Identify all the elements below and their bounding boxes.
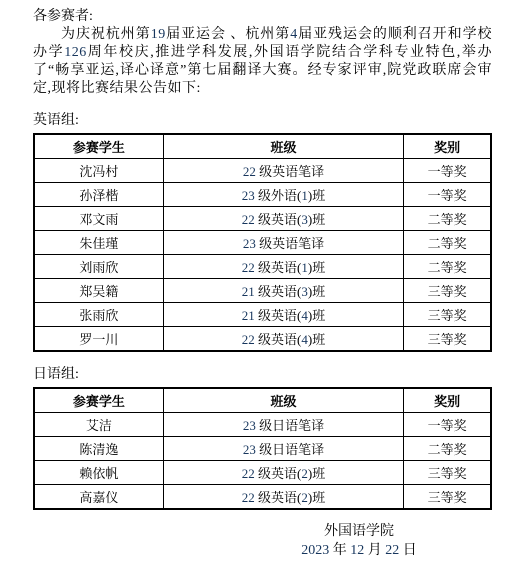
class-cell: 23 级日语笔译 bbox=[163, 413, 403, 437]
intro-text-4: 周年校庆,推进学科发展,外国语学院结合学科专业特色,举办了“畅享亚运,译心译意”… bbox=[33, 45, 492, 96]
award-cell: 一等奖 bbox=[404, 159, 491, 183]
class-cell: 22 级英语(2)班 bbox=[163, 461, 403, 485]
table-row: 罗一川 22 级英语(4)班 三等奖 bbox=[34, 327, 491, 352]
table-row: 张雨欣 21 级英语(4)班 三等奖 bbox=[34, 303, 491, 327]
date-line: 2023 年 12 月 22 日 bbox=[259, 541, 459, 560]
table-row: 朱佳瑾 23 级英语笔译 二等奖 bbox=[34, 231, 491, 255]
table-row: 陈清逸 23 级日语笔译 二等奖 bbox=[34, 437, 491, 461]
student-cell: 刘雨欣 bbox=[34, 255, 163, 279]
class-cell: 22 级英语(1)班 bbox=[163, 255, 403, 279]
student-cell: 孙泽楷 bbox=[34, 183, 163, 207]
award-cell: 二等奖 bbox=[404, 255, 491, 279]
table-row: 孙泽楷 23 级外语(1)班 一等奖 bbox=[34, 183, 491, 207]
table-header-row: 参赛学生 班级 奖别 bbox=[34, 134, 491, 159]
class-cell: 22 级英语(4)班 bbox=[163, 327, 403, 352]
student-cell: 高嘉仪 bbox=[34, 485, 163, 510]
announcement-document: 各参赛者: 为庆祝杭州第19届亚运会 、杭州第4届亚残运会的顺利召开和学校办学1… bbox=[0, 0, 525, 560]
student-cell: 张雨欣 bbox=[34, 303, 163, 327]
award-cell: 二等奖 bbox=[404, 207, 491, 231]
student-cell: 赖依帆 bbox=[34, 461, 163, 485]
intro-paragraph: 为庆祝杭州第19届亚运会 、杭州第4届亚残运会的顺利召开和学校办学126周年校庆… bbox=[33, 26, 492, 98]
signature-block: 外国语学院 2023 年 12 月 22 日 bbox=[259, 522, 459, 560]
table-header-row: 参赛学生 班级 奖别 bbox=[34, 388, 491, 413]
col-header-student: 参赛学生 bbox=[34, 134, 163, 159]
col-header-class: 班级 bbox=[163, 134, 403, 159]
award-cell: 三等奖 bbox=[404, 303, 491, 327]
class-cell: 23 级外语(1)班 bbox=[163, 183, 403, 207]
english-group-label: 英语组: bbox=[33, 113, 492, 129]
japanese-group-label: 日语组: bbox=[33, 367, 492, 383]
table-row: 郑吴籍 21 级英语(3)班 三等奖 bbox=[34, 279, 491, 303]
class-cell: 22 级英语(3)班 bbox=[163, 207, 403, 231]
student-cell: 陈清逸 bbox=[34, 437, 163, 461]
org-name: 外国语学院 bbox=[259, 522, 459, 541]
award-cell: 三等奖 bbox=[404, 485, 491, 510]
award-cell: 三等奖 bbox=[404, 327, 491, 352]
table-row: 赖依帆 22 级英语(2)班 三等奖 bbox=[34, 461, 491, 485]
class-cell: 22 级英语笔译 bbox=[163, 159, 403, 183]
english-group-table: 参赛学生 班级 奖别 沈冯村 22 级英语笔译 一等奖 孙泽楷 23 级外语(1… bbox=[33, 133, 492, 352]
class-cell: 21 级英语(3)班 bbox=[163, 279, 403, 303]
number-anniversary: 126 bbox=[64, 45, 87, 60]
student-cell: 沈冯村 bbox=[34, 159, 163, 183]
table-row: 刘雨欣 22 级英语(1)班 二等奖 bbox=[34, 255, 491, 279]
student-cell: 郑吴籍 bbox=[34, 279, 163, 303]
col-header-award: 奖别 bbox=[404, 388, 491, 413]
number-asiad-edition: 19 bbox=[151, 27, 166, 42]
col-header-award: 奖别 bbox=[404, 134, 491, 159]
student-cell: 朱佳瑾 bbox=[34, 231, 163, 255]
class-cell: 23 级日语笔译 bbox=[163, 437, 403, 461]
table-row: 沈冯村 22 级英语笔译 一等奖 bbox=[34, 159, 491, 183]
student-cell: 罗一川 bbox=[34, 327, 163, 352]
student-cell: 邓文雨 bbox=[34, 207, 163, 231]
number-para-asiad-edition: 4 bbox=[290, 27, 298, 42]
award-cell: 二等奖 bbox=[404, 231, 491, 255]
award-cell: 一等奖 bbox=[404, 413, 491, 437]
award-cell: 一等奖 bbox=[404, 183, 491, 207]
intro-text-2: 届亚运会 、杭州第 bbox=[166, 27, 290, 42]
student-cell: 艾洁 bbox=[34, 413, 163, 437]
class-cell: 23 级英语笔译 bbox=[163, 231, 403, 255]
table-row: 艾洁 23 级日语笔译 一等奖 bbox=[34, 413, 491, 437]
table-row: 邓文雨 22 级英语(3)班 二等奖 bbox=[34, 207, 491, 231]
intro-text-1: 为庆祝杭州第 bbox=[61, 27, 151, 42]
col-header-class: 班级 bbox=[163, 388, 403, 413]
table-row: 高嘉仪 22 级英语(2)班 三等奖 bbox=[34, 485, 491, 510]
class-cell: 21 级英语(4)班 bbox=[163, 303, 403, 327]
japanese-group-table: 参赛学生 班级 奖别 艾洁 23 级日语笔译 一等奖 陈清逸 23 级日语笔译 … bbox=[33, 387, 492, 510]
class-cell: 22 级英语(2)班 bbox=[163, 485, 403, 510]
award-cell: 三等奖 bbox=[404, 461, 491, 485]
award-cell: 三等奖 bbox=[404, 279, 491, 303]
award-cell: 二等奖 bbox=[404, 437, 491, 461]
salutation: 各参赛者: bbox=[33, 8, 492, 26]
col-header-student: 参赛学生 bbox=[34, 388, 163, 413]
